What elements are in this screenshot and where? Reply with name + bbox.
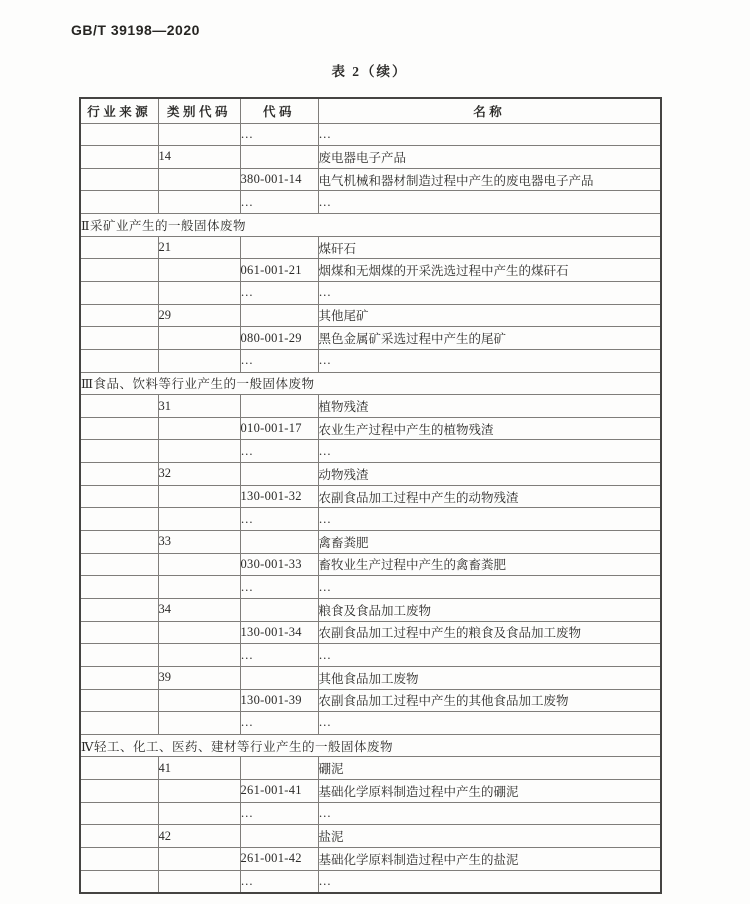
name-value: 农副食品加工过程中产生的其他食品加工废物 [318,689,661,712]
category-code-value [158,508,240,531]
section-label: Ⅳ轻工、化工、医药、建材等行业产生的一般固体废物 [80,734,661,757]
name-value: 废电器电子产品 [318,146,661,169]
name-value: … [318,508,661,531]
category-code-value: 29 [158,304,240,327]
industry-value [80,259,158,282]
name-value: 禽畜粪肥 [318,531,661,554]
table-row: 41硼泥 [80,757,661,780]
table-body: ……14废电器电子产品380-001-14电气机械和器材制造过程中产生的废电器电… [80,123,661,893]
code-value: … [240,870,318,893]
waste-category-table: 行业来源 类别代码 代码 名称 ……14废电器电子产品380-001-14电气机… [79,97,662,894]
category-code-value [158,576,240,599]
code-value: … [240,644,318,667]
table-row: …… [80,123,661,146]
code-value: 130-001-32 [240,485,318,508]
name-value: 农业生产过程中产生的植物残渣 [318,417,661,440]
category-code-value: 42 [158,825,240,848]
name-value: 基础化学原料制造过程中产生的硼泥 [318,780,661,803]
category-code-value [158,123,240,146]
industry-value [80,327,158,350]
category-code-value [158,712,240,735]
table-row: 261-001-42基础化学原料制造过程中产生的盐泥 [80,848,661,871]
industry-value [80,689,158,712]
name-value: 植物残渣 [318,395,661,418]
code-value [240,395,318,418]
industry-value [80,802,158,825]
table-row: …… [80,508,661,531]
code-value [240,531,318,554]
name-value: … [318,440,661,463]
table-row: 21煤矸石 [80,236,661,259]
category-code-value: 31 [158,395,240,418]
code-value [240,757,318,780]
industry-value [80,508,158,531]
table-row: 31植物残渣 [80,395,661,418]
table-row: 130-001-32农副食品加工过程中产生的动物残渣 [80,485,661,508]
table-row: 32动物残渣 [80,463,661,486]
industry-value [80,395,158,418]
code-value: … [240,802,318,825]
category-code-value: 14 [158,146,240,169]
industry-value [80,531,158,554]
category-code-value: 33 [158,531,240,554]
table-row: …… [80,870,661,893]
category-code-value: 32 [158,463,240,486]
table-row: …… [80,281,661,304]
document-page: GB/T 39198—2020 表 2（续） 行业来源 类别代码 代码 名称 …… [0,0,750,904]
code-value [240,146,318,169]
code-value: 130-001-39 [240,689,318,712]
name-value: … [318,123,661,146]
industry-value [80,598,158,621]
industry-value [80,463,158,486]
name-value: … [318,191,661,214]
code-value: … [240,123,318,146]
column-header-code: 代码 [240,98,318,123]
category-code-value [158,485,240,508]
industry-value [80,780,158,803]
code-value: 261-001-41 [240,780,318,803]
name-value: 烟煤和无烟煤的开采洗选过程中产生的煤矸石 [318,259,661,282]
industry-value [80,553,158,576]
category-code-value: 41 [158,757,240,780]
name-value: … [318,281,661,304]
industry-value [80,644,158,667]
category-code-value [158,870,240,893]
name-value: … [318,712,661,735]
industry-value [80,848,158,871]
category-code-value: 39 [158,666,240,689]
code-value: … [240,281,318,304]
section-row: Ⅲ食品、饮料等行业产生的一般固体废物 [80,372,661,395]
column-header-category-code: 类别代码 [158,98,240,123]
industry-value [80,236,158,259]
name-value: 动物残渣 [318,463,661,486]
category-code-value [158,168,240,191]
table-row: …… [80,191,661,214]
code-value: 130-001-34 [240,621,318,644]
table-row: …… [80,349,661,372]
name-value: 黑色金属矿采选过程中产生的尾矿 [318,327,661,350]
industry-value [80,666,158,689]
code-value: … [240,191,318,214]
code-value [240,463,318,486]
table-row: 130-001-39农副食品加工过程中产生的其他食品加工废物 [80,689,661,712]
name-value: … [318,802,661,825]
code-value [240,825,318,848]
industry-value [80,281,158,304]
code-value: … [240,349,318,372]
table-row: …… [80,644,661,667]
name-value: … [318,349,661,372]
category-code-value [158,621,240,644]
industry-value [80,825,158,848]
category-code-value [158,689,240,712]
code-value: 080-001-29 [240,327,318,350]
code-value: … [240,508,318,531]
category-code-value [158,191,240,214]
name-value: 其他食品加工废物 [318,666,661,689]
industry-value [80,757,158,780]
code-value [240,236,318,259]
name-value: … [318,644,661,667]
category-code-value [158,553,240,576]
category-code-value: 21 [158,236,240,259]
table-row: 42盐泥 [80,825,661,848]
column-header-industry: 行业来源 [80,98,158,123]
category-code-value [158,440,240,463]
table-row: …… [80,576,661,599]
code-value: 061-001-21 [240,259,318,282]
table-row: 080-001-29黑色金属矿采选过程中产生的尾矿 [80,327,661,350]
table-row: 380-001-14电气机械和器材制造过程中产生的废电器电子产品 [80,168,661,191]
code-value: 010-001-17 [240,417,318,440]
industry-value [80,146,158,169]
name-value: 基础化学原料制造过程中产生的盐泥 [318,848,661,871]
code-value [240,598,318,621]
name-value: 农副食品加工过程中产生的粮食及食品加工废物 [318,621,661,644]
category-code-value [158,780,240,803]
industry-value [80,621,158,644]
name-value: 煤矸石 [318,236,661,259]
category-code-value [158,802,240,825]
category-code-value [158,281,240,304]
code-value: … [240,712,318,735]
industry-value [80,123,158,146]
code-value: 030-001-33 [240,553,318,576]
industry-value [80,417,158,440]
table-row: 34粮食及食品加工废物 [80,598,661,621]
table-title: 表 2（续） [79,60,660,80]
industry-value [80,349,158,372]
table-row: 14废电器电子产品 [80,146,661,169]
table-row: 030-001-33畜牧业生产过程中产生的禽畜粪肥 [80,553,661,576]
name-value: 盐泥 [318,825,661,848]
table-row: 29其他尾矿 [80,304,661,327]
code-value [240,666,318,689]
name-value: 硼泥 [318,757,661,780]
name-value: 农副食品加工过程中产生的动物残渣 [318,485,661,508]
table-row: …… [80,802,661,825]
section-row: Ⅱ采矿业产生的一般固体废物 [80,214,661,237]
category-code-value [158,327,240,350]
industry-value [80,712,158,735]
category-code-value: 34 [158,598,240,621]
table-row: 061-001-21烟煤和无烟煤的开采洗选过程中产生的煤矸石 [80,259,661,282]
industry-value [80,576,158,599]
code-value [240,304,318,327]
industry-value [80,304,158,327]
industry-value [80,191,158,214]
code-value: … [240,440,318,463]
section-row: Ⅳ轻工、化工、医药、建材等行业产生的一般固体废物 [80,734,661,757]
name-value: 电气机械和器材制造过程中产生的废电器电子产品 [318,168,661,191]
category-code-value [158,417,240,440]
table-row: 010-001-17农业生产过程中产生的植物残渣 [80,417,661,440]
table-row: …… [80,712,661,735]
name-value: 畜牧业生产过程中产生的禽畜粪肥 [318,553,661,576]
category-code-value [158,848,240,871]
industry-value [80,870,158,893]
table-row: 39其他食品加工废物 [80,666,661,689]
code-value: … [240,576,318,599]
doc-number: GB/T 39198—2020 [71,22,200,38]
table-header-row: 行业来源 类别代码 代码 名称 [80,98,661,123]
industry-value [80,440,158,463]
column-header-name: 名称 [318,98,661,123]
industry-value [80,485,158,508]
category-code-value [158,259,240,282]
name-value: … [318,576,661,599]
table-row: …… [80,440,661,463]
code-value: 261-001-42 [240,848,318,871]
code-value: 380-001-14 [240,168,318,191]
category-code-value [158,349,240,372]
table-row: 33禽畜粪肥 [80,531,661,554]
section-label: Ⅲ食品、饮料等行业产生的一般固体废物 [80,372,661,395]
category-code-value [158,644,240,667]
name-value: 其他尾矿 [318,304,661,327]
industry-value [80,168,158,191]
table-row: 130-001-34农副食品加工过程中产生的粮食及食品加工废物 [80,621,661,644]
section-label: Ⅱ采矿业产生的一般固体废物 [80,214,661,237]
name-value: … [318,870,661,893]
name-value: 粮食及食品加工废物 [318,598,661,621]
table-row: 261-001-41基础化学原料制造过程中产生的硼泥 [80,780,661,803]
